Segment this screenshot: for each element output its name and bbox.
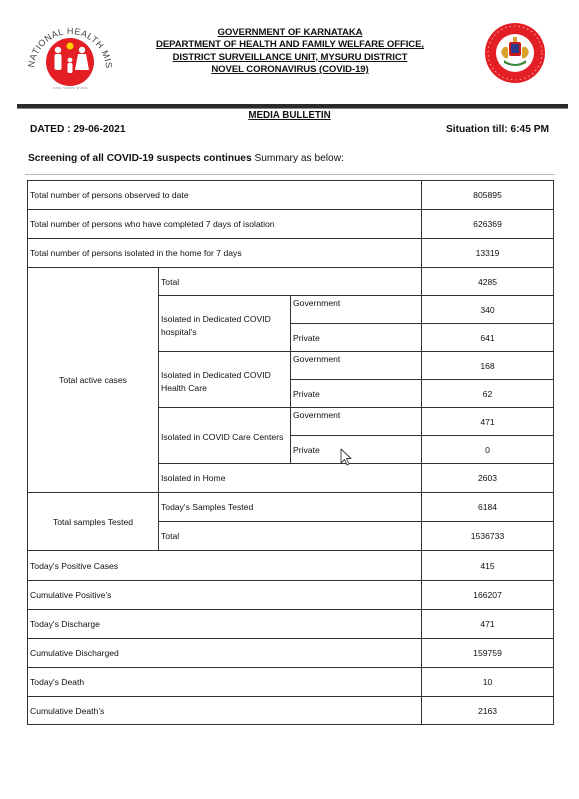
row-label: Total number of persons who have complet… xyxy=(28,210,422,239)
row-label: Private xyxy=(291,380,422,408)
row-value: 4285 xyxy=(422,268,554,296)
row-label: Isolated in Home xyxy=(159,464,422,493)
svg-text:~~~ ~~~~ ~~~~: ~~~ ~~~~ ~~~~ xyxy=(53,86,88,92)
header-line-unit: DISTRICT SURVEILLANCE UNIT, MYSURU DISTR… xyxy=(140,52,440,64)
row-value: 13319 xyxy=(422,239,554,268)
row-label: Today's Discharge xyxy=(28,610,422,639)
row-value: 6184 xyxy=(422,493,554,522)
row-label: Cumulative Positive's xyxy=(28,581,422,610)
row-value: 10 xyxy=(422,668,554,697)
table-row: Cumulative Death’s 2163 xyxy=(28,697,554,725)
row-label: Government xyxy=(291,352,422,380)
header-divider xyxy=(17,104,568,109)
covid-summary-table: Total number of persons observed to date… xyxy=(27,180,554,725)
row-value: 62 xyxy=(422,380,554,408)
row-value: 805895 xyxy=(422,181,554,210)
table-row: Total number of persons isolated in the … xyxy=(28,239,554,268)
row-value: 340 xyxy=(422,296,554,324)
row-label: Today's Samples Tested xyxy=(159,493,422,522)
intro-bold: Screening of all COVID-19 suspects conti… xyxy=(28,153,252,164)
hospital-label: Isolated in Dedicated COVID hospital's xyxy=(159,296,291,352)
intro-divider xyxy=(25,174,555,175)
bulletin-date: DATED : 29-06-2021 xyxy=(30,124,126,135)
department-header: GOVERNMENT OF KARNATAKA DEPARTMENT OF HE… xyxy=(140,27,440,77)
health-care-label: Isolated in Dedicated COVID Health Care xyxy=(159,352,291,408)
header-line-department: DEPARTMENT OF HEALTH AND FAMILY WELFARE … xyxy=(140,39,440,51)
table-row: Today's Discharge 471 xyxy=(28,610,554,639)
active-cases-label: Total active cases xyxy=(28,268,159,493)
row-label: Cumulative Death’s xyxy=(28,697,422,725)
table-row: Cumulative Positive's 166207 xyxy=(28,581,554,610)
row-value: 2603 xyxy=(422,464,554,493)
table-row: Total samples Tested Today's Samples Tes… xyxy=(28,493,554,522)
row-value: 626369 xyxy=(422,210,554,239)
care-centers-label: Isolated in COVID Care Centers xyxy=(159,408,291,464)
intro-text: Screening of all COVID-19 suspects conti… xyxy=(28,153,344,164)
row-value: 159759 xyxy=(422,639,554,668)
row-value: 2163 xyxy=(422,697,554,725)
table-row: Total active cases Total 4285 xyxy=(28,268,554,296)
row-value: 0 xyxy=(422,436,554,464)
row-value: 168 xyxy=(422,352,554,380)
situation-time: Situation till: 6:45 PM xyxy=(446,124,549,135)
row-label: Today's Positive Cases xyxy=(28,551,422,581)
table-row: Total number of persons observed to date… xyxy=(28,181,554,210)
row-label: Total xyxy=(159,522,422,551)
row-label: Cumulative Discharged xyxy=(28,639,422,668)
mouse-pointer-icon xyxy=(340,448,354,468)
row-value: 166207 xyxy=(422,581,554,610)
karnataka-emblem-icon xyxy=(484,22,546,84)
row-value: 1536733 xyxy=(422,522,554,551)
intro-rest: Summary as below: xyxy=(252,153,344,164)
table-row: Total number of persons who have complet… xyxy=(28,210,554,239)
header-line-government: GOVERNMENT OF KARNATAKA xyxy=(140,27,440,39)
row-value: 471 xyxy=(422,610,554,639)
samples-label: Total samples Tested xyxy=(28,493,159,551)
national-health-mission-logo-icon: NATIONAL HEALTH MISSION ~~~ ~~~~ ~~~~ xyxy=(20,20,120,92)
row-label: Private xyxy=(291,436,422,464)
header-line-topic: NOVEL CORONAVIRUS (COVID-19) xyxy=(140,64,440,76)
row-label: Government xyxy=(291,296,422,324)
row-value: 415 xyxy=(422,551,554,581)
row-label: Private xyxy=(291,324,422,352)
row-value: 471 xyxy=(422,408,554,436)
table-row: Today's Death 10 xyxy=(28,668,554,697)
row-value: 641 xyxy=(422,324,554,352)
bulletin-title: MEDIA BULLETIN xyxy=(0,110,579,121)
row-label: Government xyxy=(291,408,422,436)
row-label: Total xyxy=(159,268,422,296)
row-label: Total number of persons observed to date xyxy=(28,181,422,210)
row-label: Today's Death xyxy=(28,668,422,697)
table-row: Cumulative Discharged 159759 xyxy=(28,639,554,668)
row-label: Total number of persons isolated in the … xyxy=(28,239,422,268)
table-row: Today's Positive Cases 415 xyxy=(28,551,554,581)
